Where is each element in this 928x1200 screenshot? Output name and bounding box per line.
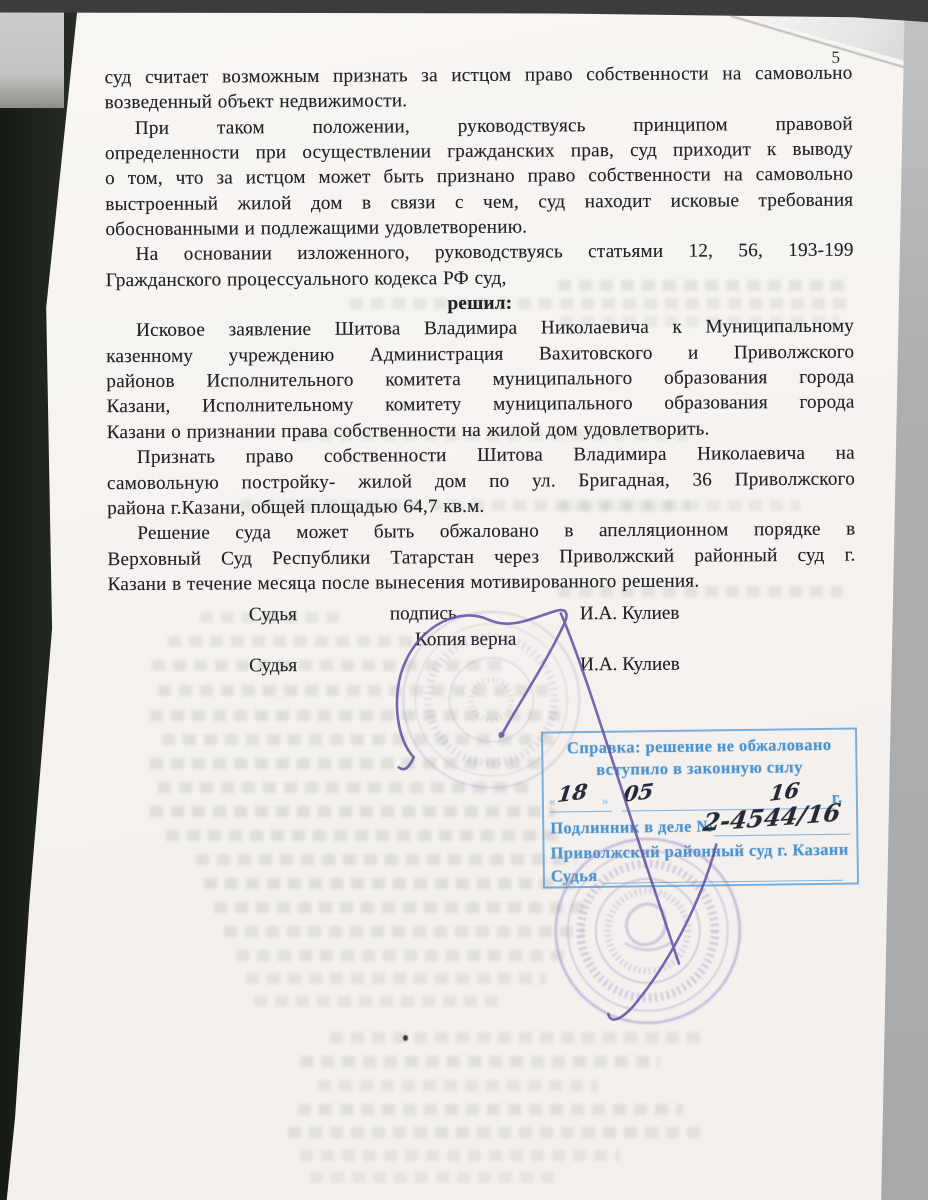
stamp-court: Приволжский районный суд г. Казани xyxy=(550,840,848,864)
document-line: самовольную постройку- жилой дом по ул. … xyxy=(107,466,855,496)
document-line: Решение суда может быть обжаловано в апе… xyxy=(107,517,855,547)
handwritten-month: 05 xyxy=(622,778,655,807)
document-body: суд считает возможным признать за истцом… xyxy=(104,61,855,598)
judge-label-1: Судья xyxy=(249,604,297,626)
signature-note: подпись xyxy=(390,603,457,625)
document-line: На основании изложенного, руководствуясь… xyxy=(106,238,854,268)
judge-label-2: Судья xyxy=(249,655,297,677)
document-line: выстроенный жилой дом в связи с чем, суд… xyxy=(105,187,853,217)
document-line: Казани в течение месяца после вынесения … xyxy=(108,567,856,597)
document-line: Верховный Суд Республики Татарстан через… xyxy=(107,542,855,572)
document-line: суд считает возможным признать за истцом… xyxy=(104,61,852,91)
copy-note: Копия верна xyxy=(415,629,517,652)
document-line: Казани, Исполнительному комитету муницип… xyxy=(106,390,854,420)
quote-open: « xyxy=(549,793,556,809)
document-line: Признать право собственности Шитова Влад… xyxy=(107,441,855,471)
scanner-edge-corner xyxy=(0,11,64,108)
handwritten-day: 18 xyxy=(556,779,589,808)
date-underline-1 xyxy=(550,810,612,813)
stamp-judge-label: Судья xyxy=(551,866,598,887)
quote-close: » xyxy=(602,793,609,809)
stamp-line-2: вступило в законную силу xyxy=(543,757,855,781)
judge-underline xyxy=(603,879,843,884)
stamp-original-label: Подлинник в деле № xyxy=(550,816,713,838)
judge-name-2: И.А. Кулиев xyxy=(580,654,680,677)
stamp-line-1: Справка: решение не обжаловано xyxy=(543,735,855,759)
scanned-document-content: 5 суд считает возможным признать за истц… xyxy=(0,0,928,1200)
judge-name-1: И.А. Кулиев xyxy=(580,603,680,626)
